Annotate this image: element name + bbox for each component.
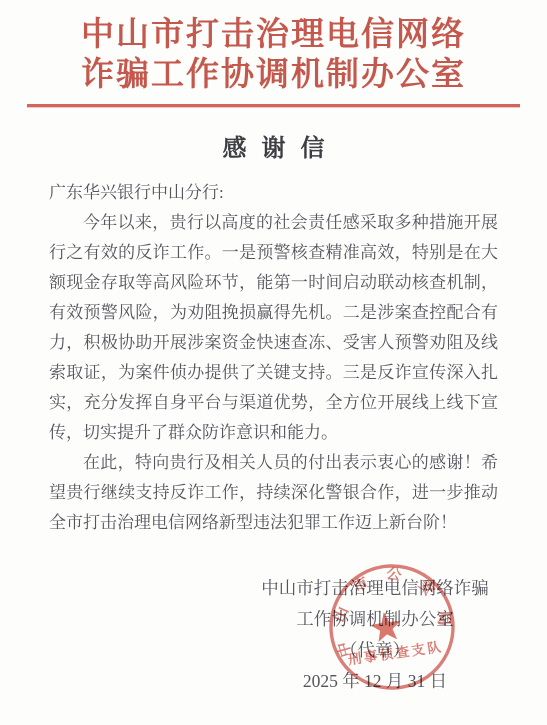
seal-bottom-text: 刑事侦查支队: [347, 638, 444, 667]
salutation: 广东华兴银行中山分行:: [49, 178, 498, 208]
letterhead: 中山市打击治理电信网络 诈骗工作协调机制办公室: [0, 0, 547, 95]
official-seal: 中山市公安局 刑事侦查支队: [324, 559, 460, 695]
paragraph-1: 今年以来，贵行以高度的社会责任感采取多种措施开展行之有效的反诈工作。一是预警核查…: [49, 208, 498, 448]
paragraph-2: 在此，特向贵行及相关人员的付出表示衷心的感谢！希望贵行继续支持反诈工作，持续深化…: [49, 448, 498, 538]
letterhead-line-1: 中山市打击治理电信网络: [0, 15, 547, 55]
red-divider-rule: [27, 104, 520, 107]
letter-body: 广东华兴银行中山分行: 今年以来，贵行以高度的社会责任感采取多种措施开展行之有效…: [49, 178, 498, 538]
star-icon: [369, 610, 403, 643]
svg-text:刑事侦查支队: 刑事侦查支队: [347, 638, 444, 667]
letter-page: 中山市打击治理电信网络 诈骗工作协调机制办公室 感谢信 广东华兴银行中山分行: …: [0, 0, 547, 725]
letter-title: 感谢信: [0, 134, 547, 164]
letterhead-line-2: 诈骗工作协调机制办公室: [0, 55, 547, 95]
